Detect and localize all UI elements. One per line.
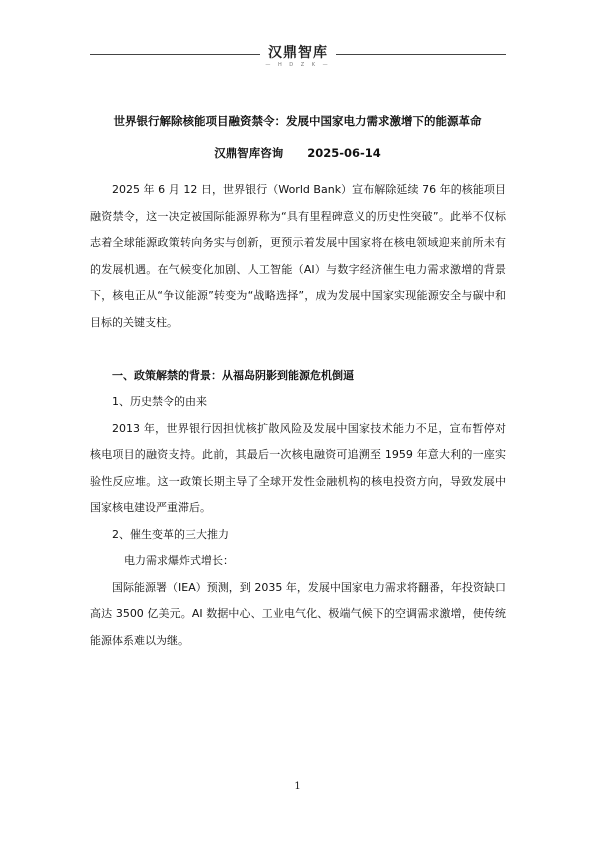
document-header: 汉鼎智库 — H D Z K —: [90, 44, 506, 70]
document-byline: 汉鼎智库咨询2025-06-14: [60, 145, 535, 161]
page-number: 1: [0, 781, 595, 792]
subsection-heading: 1、历史禁令的由来: [90, 389, 506, 416]
subsection-heading: 2、催生变革的三大推力: [90, 522, 506, 549]
brand-logo: 汉鼎智库: [260, 44, 336, 62]
document-title: 世界银行解除核能项目融资禁令：发展中国家电力需求激增下的能源革命: [60, 113, 535, 129]
publish-date: 2025-06-14: [307, 146, 381, 160]
author: 汉鼎智库咨询: [214, 146, 283, 160]
body-paragraph: 国际能源署（IEA）预测，到 2035 年，发展中国家电力需求将翻番，年投资缺口…: [90, 575, 506, 655]
body-paragraph: 2013 年，世界银行因担忧核扩散风险及发展中国家技术能力不足，宣布暂停对核电项…: [90, 416, 506, 522]
header-rule-right: [336, 54, 506, 55]
document-body: 2025 年 6 月 12 日，世界银行（World Bank）宣布解除延续 7…: [90, 177, 506, 654]
section-heading: 一、政策解禁的背景：从福岛阴影到能源危机倒逼: [90, 363, 506, 390]
brand-logo-subtitle: — H D Z K —: [260, 62, 336, 68]
point-label: 电力需求爆炸式增长：: [90, 548, 506, 575]
intro-paragraph: 2025 年 6 月 12 日，世界银行（World Bank）宣布解除延续 7…: [90, 177, 506, 336]
header-rule-left: [90, 54, 260, 55]
